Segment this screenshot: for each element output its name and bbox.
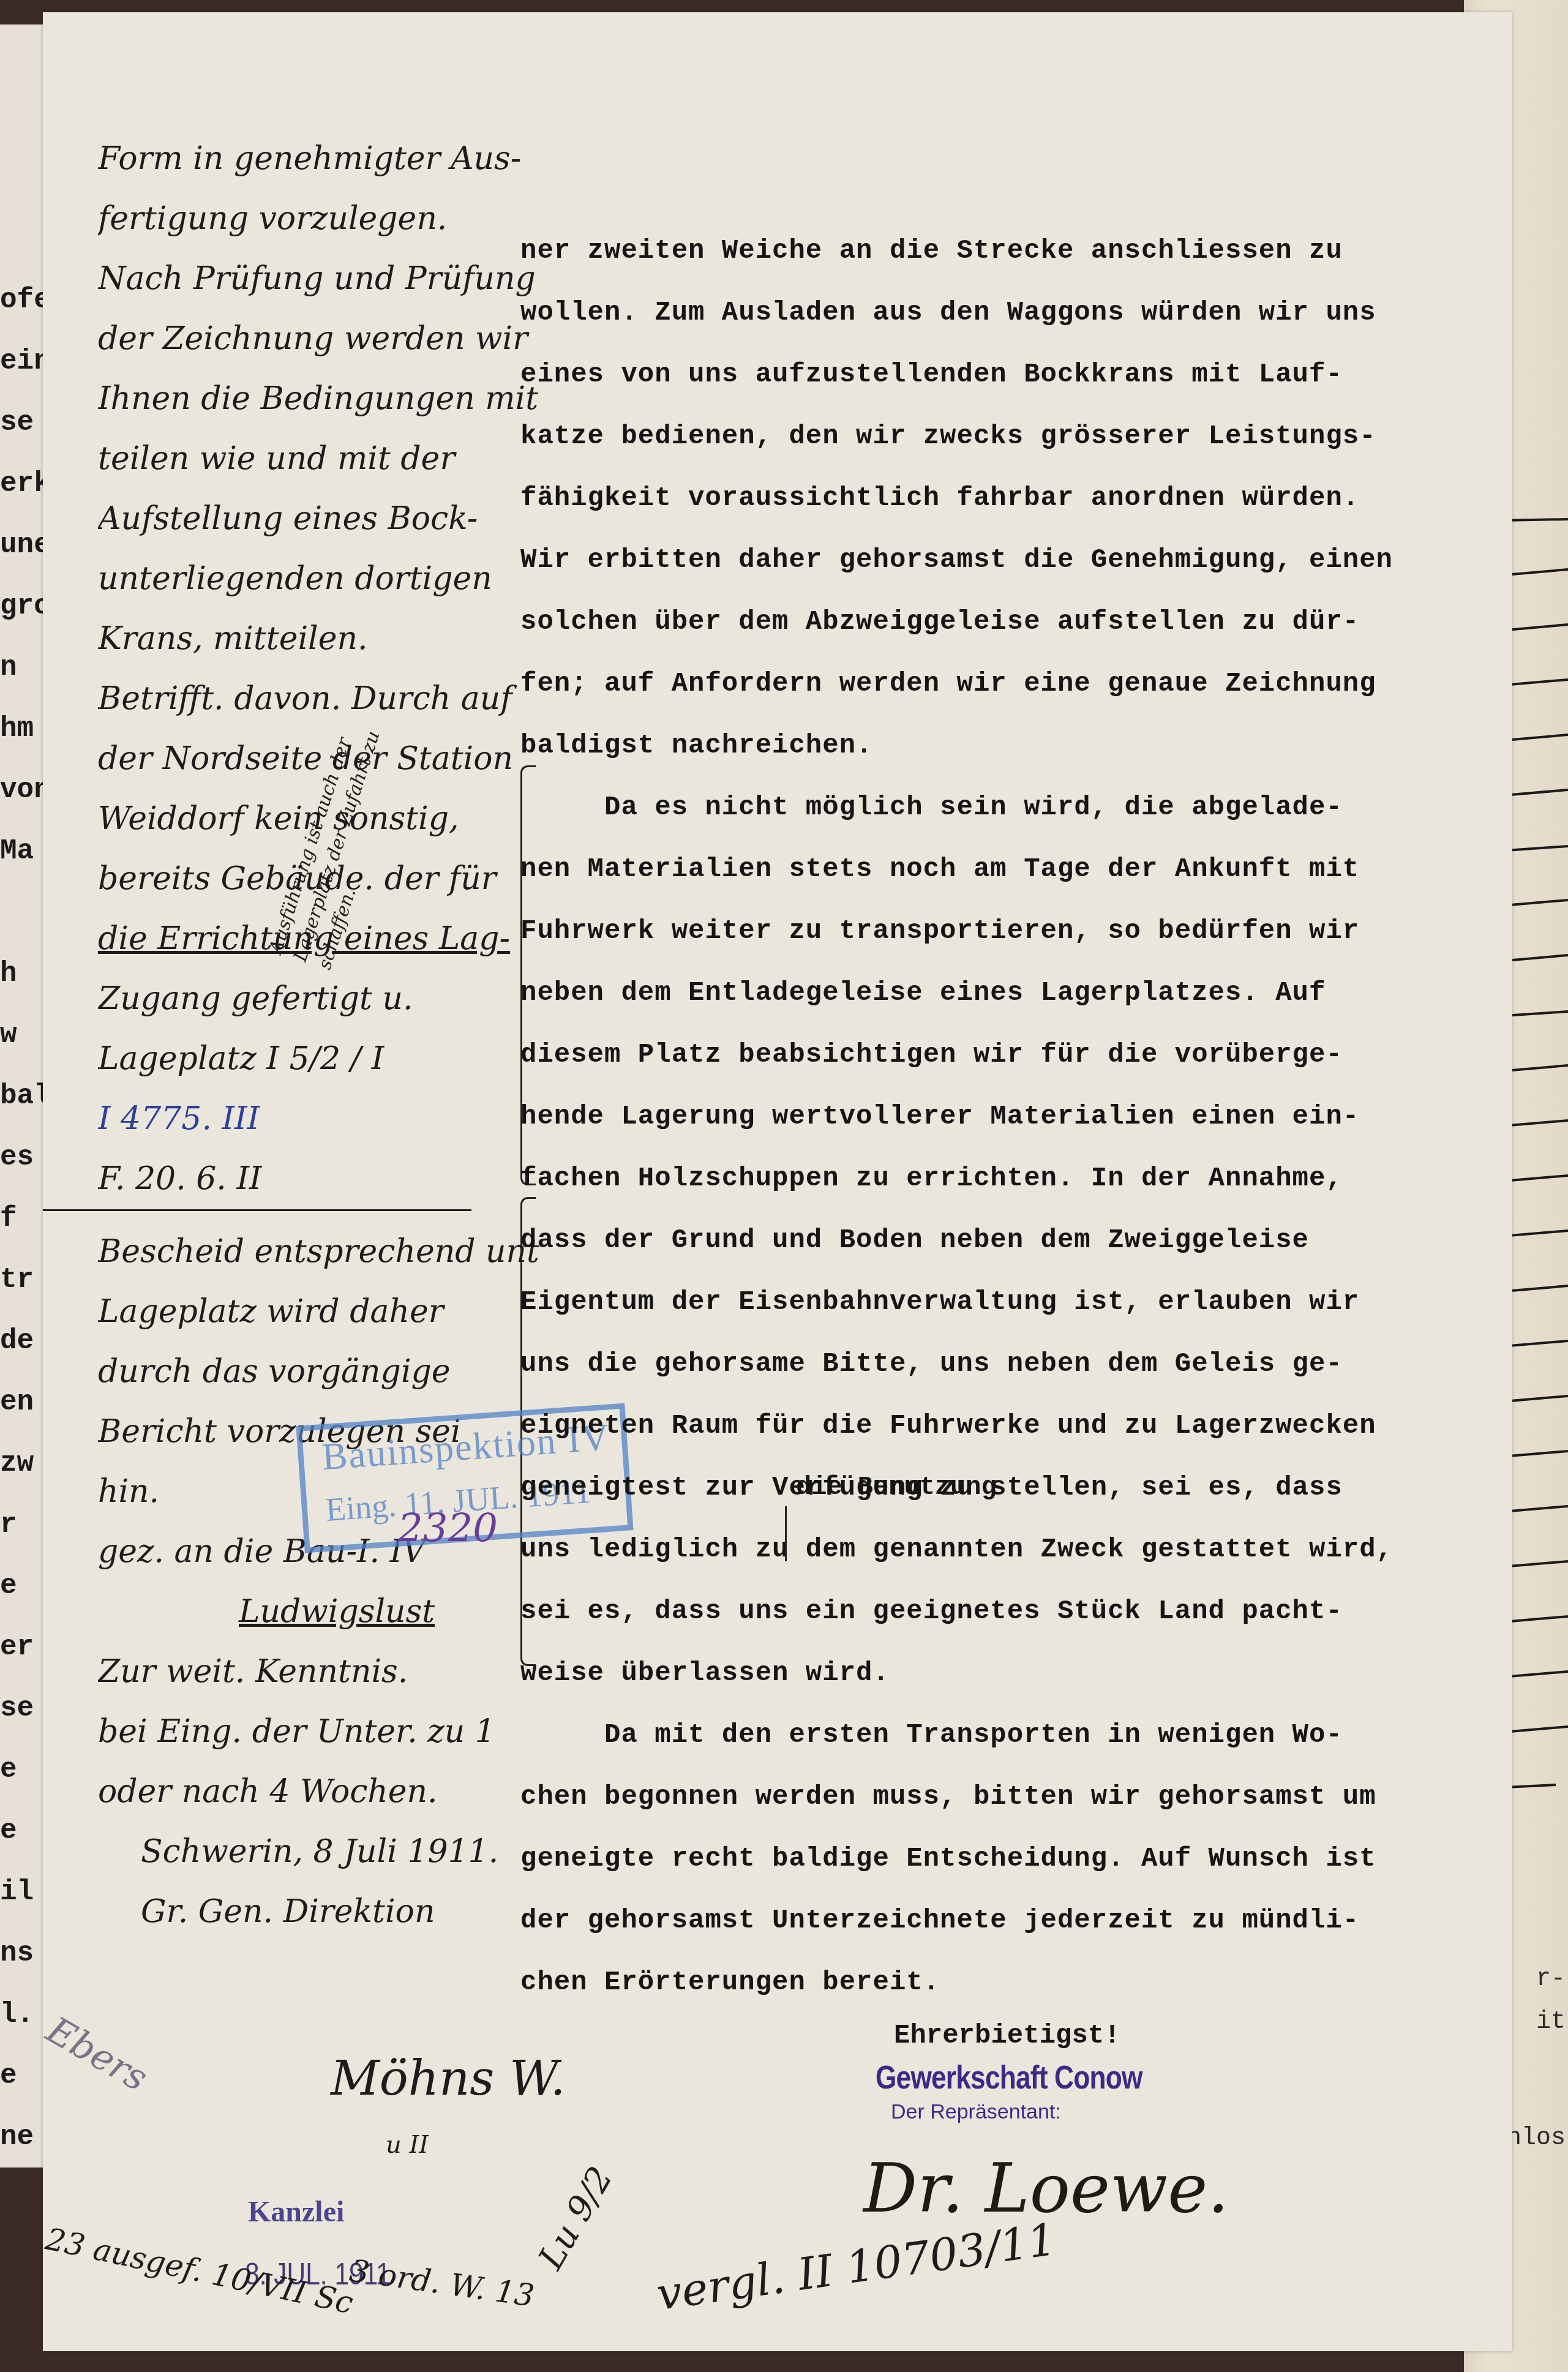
margin-note-line: teilen wie und mit der <box>98 429 539 489</box>
right-sheet-fragment: hlos <box>1507 2125 1566 2152</box>
body-line: Eigentum der Eisenbahnverwaltung ist, er… <box>520 1272 1525 1334</box>
body-line: Wir erbitten daher gehorsamst die Genehm… <box>520 530 1525 591</box>
registry-note: 3 ord. W. 13 <box>347 2253 536 2314</box>
body-line: geneigte recht baldige Entscheidung. Auf… <box>520 1828 1525 1890</box>
body-line: fähigkeit voraussichtlich fahrbar anordn… <box>520 468 1525 530</box>
body-line: Fuhrwerk weiter zu transportieren, so be… <box>520 901 1525 963</box>
letter-closing: Ehrerbietigst! Gewerkschaft Conow Der Re… <box>876 2021 1201 2124</box>
margin-divider-rule <box>43 1209 471 1211</box>
body-line: chen Erörterungen bereit. <box>520 1952 1525 2014</box>
body-line: fen; auf Anfordern werden wir eine genau… <box>520 653 1525 715</box>
margin-note-line: Lageplatz I 5/2 / I <box>98 1029 539 1089</box>
margin-note-line: Zugang gefertigt u. <box>98 969 539 1029</box>
body-line: uns lediglich zu dem genannten Zweck ges… <box>520 1519 1525 1581</box>
margin-note-line: Betrifft. davon. Durch auf <box>98 669 539 729</box>
margin-note-line: F. 20. 6. II <box>98 1149 539 1209</box>
body-line: chen begonnen werden muss, bitten wir ge… <box>520 1766 1525 1828</box>
margin-note-line: Form in genehmigter Aus- <box>98 129 539 189</box>
body-line: geneigtest zur Verfügung zu stellen, sei… <box>520 1457 1525 1519</box>
body-line: der gehorsamst Unterzeichnete jederzeit … <box>520 1890 1525 1952</box>
body-line: sei es, dass uns ein geeignetes Stück La… <box>520 1581 1525 1643</box>
letter-page: Form in genehmigter Aus- fertigung vorzu… <box>43 12 1512 2351</box>
margin-note-line: unterliegenden dortigen <box>98 549 539 609</box>
stamp-journal-number: 2320 <box>398 1506 498 1552</box>
right-sheet-fragment: r- <box>1536 1965 1566 1993</box>
company-stamp: Gewerkschaft Conow <box>876 2059 1142 2096</box>
body-line: Da es nicht möglich sein wird, die abgel… <box>520 777 1525 839</box>
body-line: diesem Platz beabsichtigen wir für die v… <box>520 1024 1525 1086</box>
margin-note-line: Ihnen die Bedingungen mit- <box>98 369 539 429</box>
margin-note-line: durch das vorgängige <box>98 1342 539 1402</box>
margin-note-line: Aufstellung eines Bock- <box>98 489 539 549</box>
margin-note-line: Ludwigslust <box>98 1582 539 1642</box>
body-line: weise überlassen wird. <box>520 1643 1525 1705</box>
margin-note-line: fertigung vorzulegen. <box>98 189 539 249</box>
margin-signature: Ebers <box>39 2008 154 2100</box>
margin-note-line: Bescheid entsprechend unterbr. <box>98 1222 539 1282</box>
body-line: neben dem Entladegeleise eines Lagerplat… <box>520 963 1525 1024</box>
body-line: eines von uns aufzustellenden Bockkrans … <box>520 344 1525 406</box>
reference-note: vergl. II 10703/11 <box>653 2213 1059 2321</box>
margin-signature: Möhns W. <box>331 2051 565 2106</box>
margin-signature: u II <box>386 2131 429 2159</box>
body-line: eigneten Raum für die Fuhrwerke und zu L… <box>520 1395 1525 1457</box>
margin-note-line: Krans, mitteilen. <box>98 609 539 669</box>
representative-label: Der Repräsentant: <box>876 2100 1201 2124</box>
margin-note-line: Schwerin, 8 Juli 1911. <box>98 1822 539 1882</box>
body-line: baldigst nachreichen. <box>520 715 1525 777</box>
body-line: wollen. Zum Ausladen aus den Waggons wür… <box>520 282 1525 344</box>
margin-note-line: Nach Prüfung und Prüfung <box>98 249 539 309</box>
closing-greeting: Ehrerbietigst! <box>876 2021 1201 2051</box>
body-line: ner zweiten Weiche an die Strecke anschl… <box>520 220 1525 282</box>
initials-note: Lu 9/2 <box>531 2160 621 2276</box>
body-line: Da mit den ersten Transporten in wenigen… <box>520 1705 1525 1766</box>
letter-body: ner zweiten Weiche an die Strecke anschl… <box>520 220 1525 2014</box>
margin-note-line: bei Eing. der Unter. zu 1 <box>98 1702 539 1762</box>
right-sheet-fragment: it <box>1536 2008 1566 2036</box>
margin-notes-upper: Form in genehmigter Aus- fertigung vorzu… <box>98 129 539 1209</box>
margin-notes-lower: Bescheid entsprechend unterbr. Lageplatz… <box>98 1222 539 1942</box>
inserted-text: die Benutzung <box>796 1473 997 1502</box>
body-line: fachen Holzschuppen zu errichten. In der… <box>520 1148 1525 1210</box>
body-line: dass der Grund und Boden neben dem Zweig… <box>520 1210 1525 1272</box>
kanzlei-stamp-label: Kanzlei <box>248 2195 344 2229</box>
margin-note-line: Gr. Gen. Direktion <box>98 1882 539 1942</box>
margin-note-line: Zur weit. Kenntnis. <box>98 1642 539 1702</box>
reference-number: I 4775. III <box>98 1100 260 1137</box>
body-line: katze bedienen, den wir zwecks grösserer… <box>520 406 1525 468</box>
margin-note-line: I 4775. III <box>98 1089 539 1149</box>
body-line: hende Lagerung wertvollerer Materialien … <box>520 1086 1525 1148</box>
body-line: nen Materialien stets noch am Tage der A… <box>520 839 1525 901</box>
margin-note-line: oder nach 4 Wochen. <box>98 1762 539 1822</box>
body-line: uns die gehorsame Bitte, uns neben dem G… <box>520 1334 1525 1395</box>
insertion-caret <box>785 1506 787 1561</box>
body-line: solchen über dem Abzweiggeleise aufstell… <box>520 591 1525 653</box>
margin-note-line: der Zeichnung werden wir <box>98 309 539 369</box>
margin-note-line: Lageplatz wird daher <box>98 1282 539 1342</box>
